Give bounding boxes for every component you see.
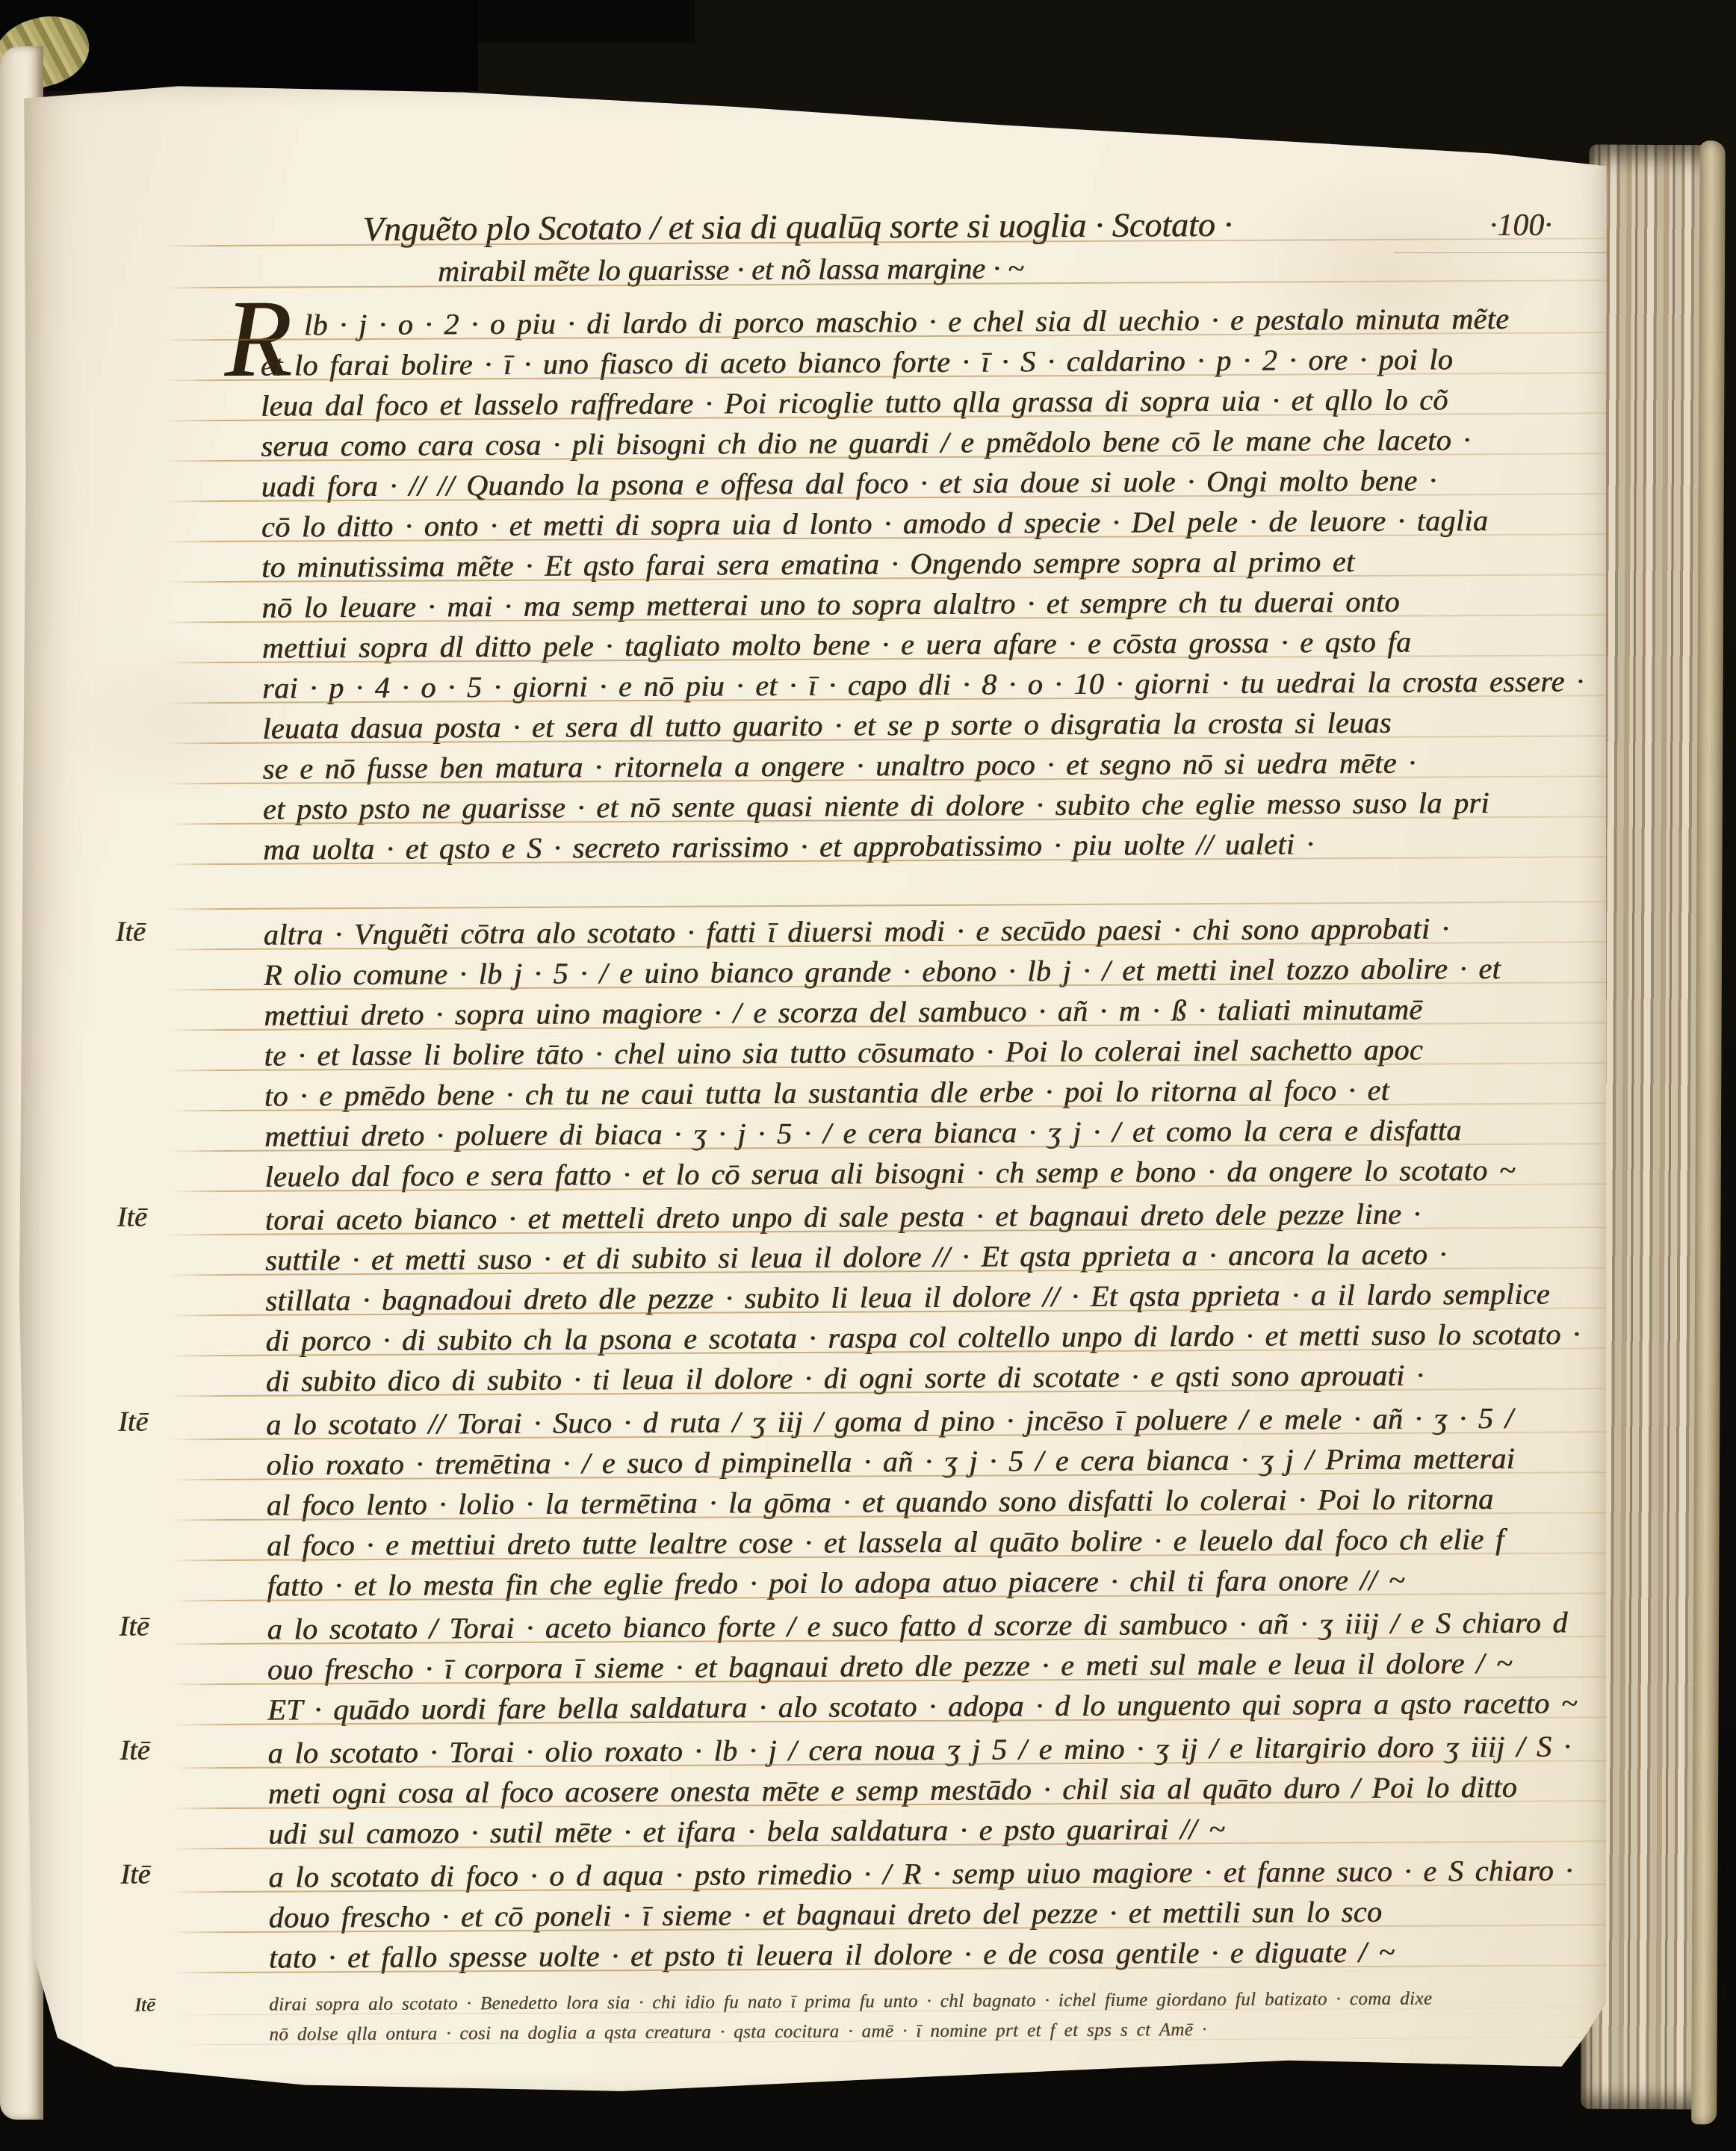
item-marker: Itē	[119, 1610, 149, 1643]
recipe-block: Itēa lo scotato di foco · o d aqua · pst…	[268, 1850, 1609, 1978]
manuscript-line: leua dal foco et lasselo raffredare · Po…	[261, 379, 1601, 426]
manuscript-line: a lo scotato di foco · o d aqua · psto r…	[268, 1850, 1608, 1897]
recipe-block: Itētorai aceto bianco · et metteli dreto…	[264, 1193, 1605, 1401]
manuscript-line: te · et lasse li bolire tāto · chel uino…	[264, 1028, 1604, 1075]
manuscript-line: olio roxato · tremētina · / e suco d pim…	[266, 1438, 1606, 1485]
manuscript-line: al foco · e mettiui dreto tutte lealtre …	[267, 1518, 1607, 1565]
manuscript-line: rai · p · 4 · o · 5 · giorni · e nō piu …	[262, 661, 1602, 708]
recipe-block: Itēa lo scotato · Torai · olio roxato · …	[267, 1726, 1608, 1854]
blank-ruled-line	[263, 866, 1603, 914]
recipe-block: Itēa lo scotato // Torai · Suco · d ruta…	[266, 1397, 1607, 1606]
manuscript-line: udi sul camozo · sutil mēte · et ifara ·…	[268, 1807, 1608, 1854]
recipe-block: Itēaltra · Vnguẽti cōtra alo scotato · f…	[263, 907, 1605, 1196]
item-marker: Itē	[118, 1406, 148, 1438]
recipe-block: Itēdirai sopra alo scotato · Benedetto l…	[269, 1983, 1609, 2049]
manuscript-line: al foco lento · lolio · la termētina · l…	[266, 1478, 1606, 1525]
manuscript-line: et psto psto ne guarisse · et nō sente q…	[263, 782, 1603, 829]
manuscript-line: lb · j · o · 2 · o piu · di lardo di por…	[260, 298, 1600, 345]
item-marker: Itē	[134, 1993, 155, 2016]
manuscript-line: nō dolse qlla ontura · cosi na doglia a …	[269, 2013, 1609, 2049]
manuscript-line: R olio comune · lb j · 5 · / e uino bian…	[264, 948, 1604, 995]
manuscript-line: di subito dico di subito · ti leua il do…	[266, 1354, 1606, 1401]
manuscript-page: ·100· Vnguẽto plo Scotato / et sia di qu…	[19, 66, 1606, 2114]
manuscript-line: a lo scotato / Torai · aceto bianco fort…	[267, 1602, 1607, 1649]
manuscript-line: et lo farai bolire · ī · uno fiasco di a…	[261, 338, 1601, 385]
recipe-title-line-2: mirabil mẽte lo guarisse · et nõ lassa m…	[260, 244, 1600, 293]
item-marker: Itē	[117, 1201, 147, 1234]
manuscript-line: ET · quādo uordi fare bella saldatura · …	[267, 1683, 1608, 1730]
manuscript-line: mettiui sopra dl ditto pele · tagliato m…	[261, 621, 1602, 668]
item-marker: Itē	[120, 1734, 149, 1767]
manuscript-line: a lo scotato · Torai · olio roxato · lb …	[267, 1726, 1608, 1773]
book-photo: ·100· Vnguẽto plo Scotato / et sia di qu…	[0, 0, 1736, 2151]
manuscript-line: meti ogni cosa al foco acosere onesta mē…	[268, 1766, 1608, 1813]
manuscript-line: stillata · bagnadoui dreto dle pezze · s…	[265, 1273, 1605, 1320]
manuscript-line: a lo scotato // Torai · Suco · d ruta / …	[266, 1397, 1606, 1444]
manuscript-line: suttile · et metti suso · et di subito s…	[265, 1233, 1605, 1280]
manuscript-line: ouo frescho · ī corpora ī sieme · et bag…	[267, 1642, 1608, 1689]
manuscript-line: to · e pmēdo bene · ch tu ne caui tutta …	[264, 1069, 1605, 1116]
manuscript-line: tato · et fallo spesse uolte · et psto t…	[269, 1931, 1609, 1978]
manuscript-line: torai aceto bianco · et metteli dreto un…	[264, 1193, 1605, 1240]
manuscript-line: serua como cara cosa · pli bisogni ch di…	[261, 419, 1601, 466]
manuscript-line: leuelo dal foco e sera fatto · et lo cō …	[264, 1149, 1605, 1196]
manuscript-line: leuata dasua posta · et sera dl tutto gu…	[262, 701, 1602, 748]
manuscript-line: nō lo leuare · mai · ma semp metterai un…	[261, 580, 1602, 627]
manuscript-line: se e nō fusse ben matura · ritornela a o…	[262, 742, 1602, 789]
text-body: Rlb · j · o · 2 · o piu · di lardo di po…	[260, 298, 1609, 2049]
manuscript-line: uadi fora · // // Quando la psona e offe…	[261, 459, 1601, 506]
manuscript-line: mettiui dreto · poluere di biaca · ʒ · j…	[264, 1109, 1605, 1156]
manuscript-line: mettiui dreto · sopra uino magiore · / e…	[264, 988, 1604, 1035]
recipe-title-line-1: Vnguẽto plo Scotato / et sia di qualūq s…	[260, 201, 1600, 251]
manuscript-line: douo frescho · et cō poneli · ī sieme · …	[268, 1890, 1608, 1937]
manuscript-line: altra · Vnguẽti cōtra alo scotato · fatt…	[263, 907, 1603, 955]
manuscript-line: di porco · di subito ch la psona e scota…	[265, 1314, 1605, 1361]
recipe-block: Rlb · j · o · 2 · o piu · di lardo di po…	[260, 298, 1603, 869]
recipe-block: Itēa lo scotato / Torai · aceto bianco f…	[267, 1602, 1608, 1730]
manuscript-line: to minutissima mẽte · Et qsto farai sera…	[261, 540, 1602, 587]
manuscript-line: cō lo ditto · onto · et metti di sopra u…	[261, 500, 1602, 547]
page-content: ·100· Vnguẽto plo Scotato / et sia di qu…	[260, 201, 1610, 2052]
manuscript-line: fatto · et lo mesta fin che eglie fredo …	[267, 1559, 1607, 1606]
item-marker: Itē	[116, 916, 146, 949]
item-marker: Itē	[120, 1858, 150, 1891]
manuscript-line: ma uolta · et qsto e S · secreto rarissi…	[263, 822, 1603, 869]
